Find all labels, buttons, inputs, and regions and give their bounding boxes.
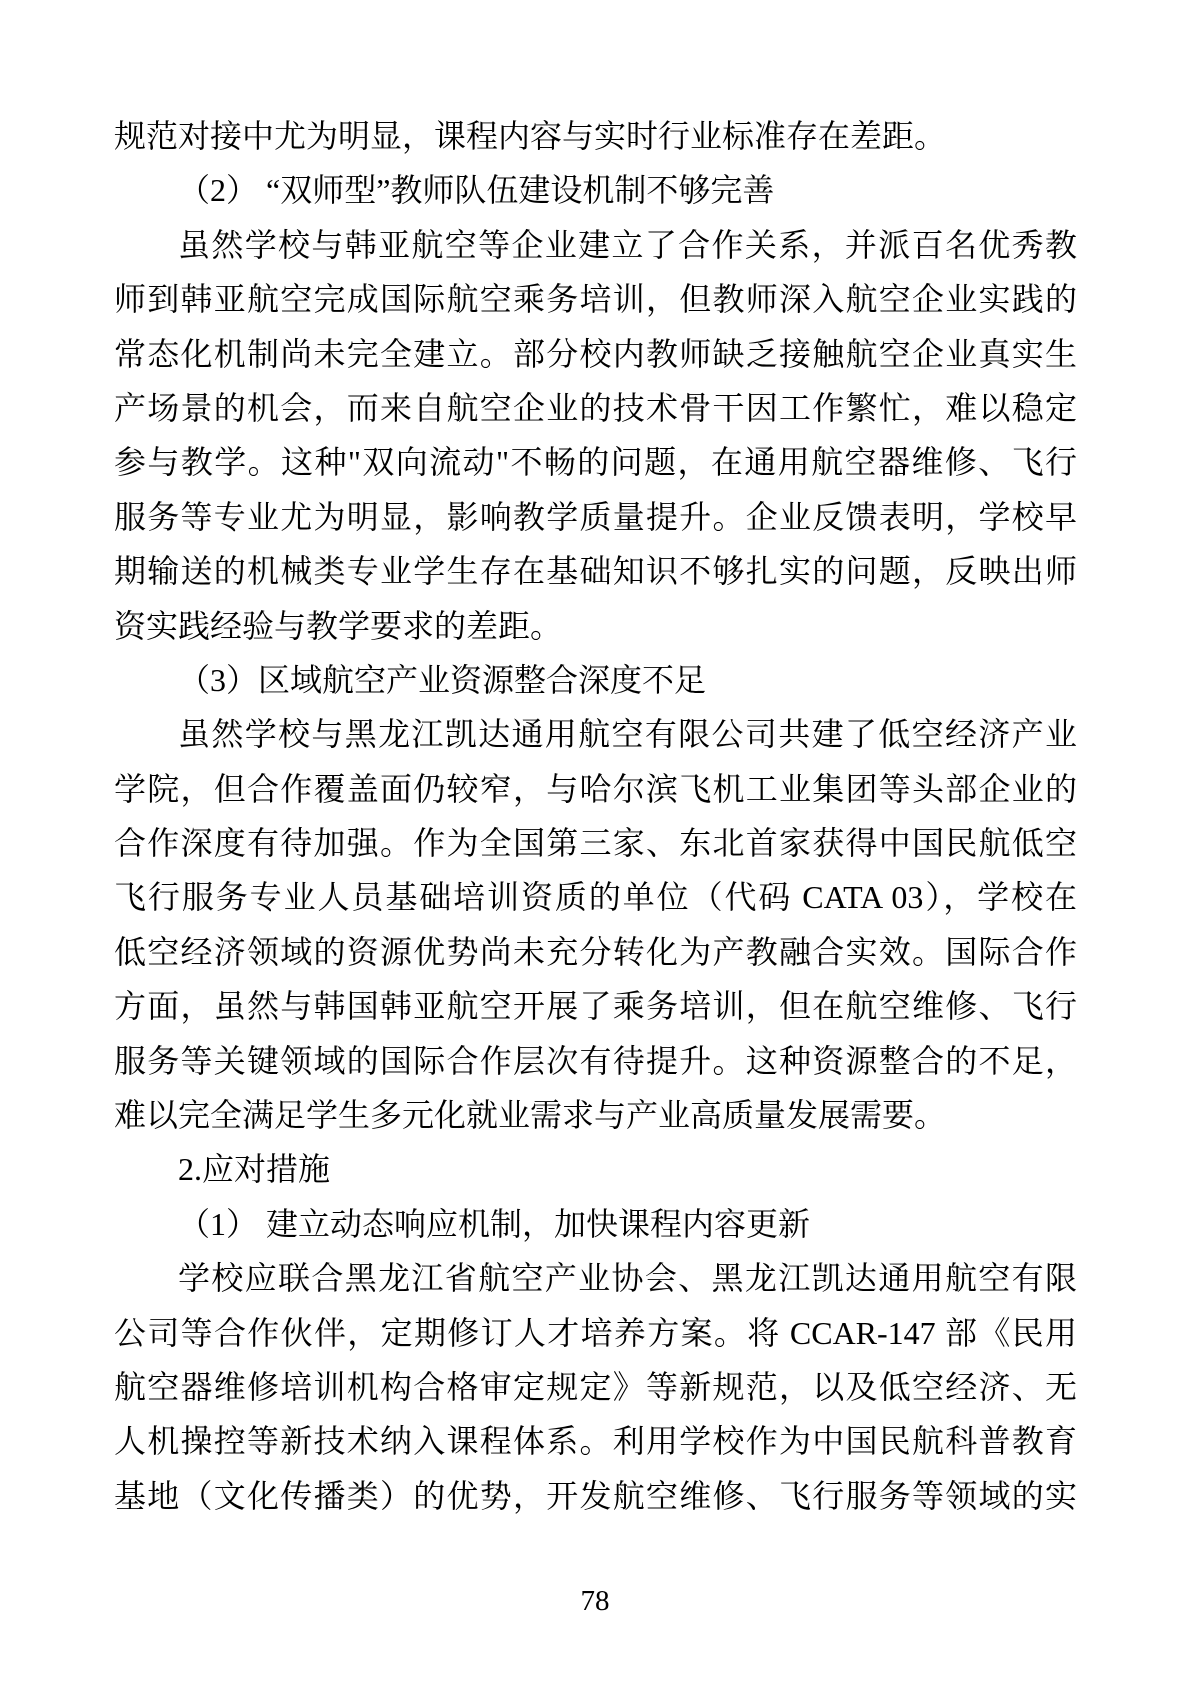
text-line: 基地（文化传播类）的优势，开发航空维修、飞行服务等领域的实 [114, 1469, 1077, 1523]
text-line: 2.应对措施 [114, 1142, 1077, 1196]
text-line: 飞行服务专业人员基础培训资质的单位（代码 CATA 03），学校在 [114, 870, 1077, 924]
text-line: 方面，虽然与韩国韩亚航空开展了乘务培训，但在航空维修、飞行 [114, 979, 1077, 1033]
text-line: 常态化机制尚未完全建立。部分校内教师缺乏接触航空企业真实生 [114, 327, 1077, 381]
text-line: 合作深度有待加强。作为全国第三家、东北首家获得中国民航低空 [114, 816, 1077, 870]
text-line: （1） 建立动态响应机制，加快课程内容更新 [114, 1197, 1077, 1251]
text-line: 学校应联合黑龙江省航空产业协会、黑龙江凯达通用航空有限 [114, 1251, 1077, 1305]
text-line: 虽然学校与黑龙江凯达通用航空有限公司共建了低空经济产业 [114, 707, 1077, 761]
text-line: 学院，但合作覆盖面仍较窄，与哈尔滨飞机工业集团等头部企业的 [114, 762, 1077, 816]
text-line: 人机操控等新技术纳入课程体系。利用学校作为中国民航科普教育 [114, 1414, 1077, 1468]
text-line: 期输送的机械类专业学生存在基础知识不够扎实的问题，反映出师 [114, 544, 1077, 598]
text-line: 公司等合作伙伴，定期修订人才培养方案。将 CCAR-147 部《民用 [114, 1306, 1077, 1360]
document-page: 规范对接中尤为明显，课程内容与实时行业标准存在差距。（2） “双师型”教师队伍建… [0, 0, 1190, 1683]
text-line: 航空器维修培训机构合格审定规定》等新规范，以及低空经济、无 [114, 1360, 1077, 1414]
text-line: 参与教学。这种"双向流动"不畅的问题，在通用航空器维修、飞行 [114, 435, 1077, 489]
text-line: 难以完全满足学生多元化就业需求与产业高质量发展需要。 [114, 1088, 1077, 1142]
page-body: 规范对接中尤为明显，课程内容与实时行业标准存在差距。（2） “双师型”教师队伍建… [114, 109, 1077, 1523]
text-line: 低空经济领域的资源优势尚未充分转化为产教融合实效。国际合作 [114, 925, 1077, 979]
text-line: 虽然学校与韩亚航空等企业建立了合作关系，并派百名优秀教 [114, 218, 1077, 272]
page-number: 78 [0, 1581, 1190, 1621]
text-line: （2） “双师型”教师队伍建设机制不够完善 [114, 163, 1077, 217]
text-line: 师到韩亚航空完成国际航空乘务培训，但教师深入航空企业实践的 [114, 272, 1077, 326]
text-line: 服务等关键领域的国际合作层次有待提升。这种资源整合的不足， [114, 1034, 1077, 1088]
text-line: 产场景的机会，而来自航空企业的技术骨干因工作繁忙，难以稳定 [114, 381, 1077, 435]
text-line: 规范对接中尤为明显，课程内容与实时行业标准存在差距。 [114, 109, 1077, 163]
text-line: 服务等专业尤为明显，影响教学质量提升。企业反馈表明，学校早 [114, 490, 1077, 544]
text-line: （3）区域航空产业资源整合深度不足 [114, 653, 1077, 707]
text-line: 资实践经验与教学要求的差距。 [114, 599, 1077, 653]
